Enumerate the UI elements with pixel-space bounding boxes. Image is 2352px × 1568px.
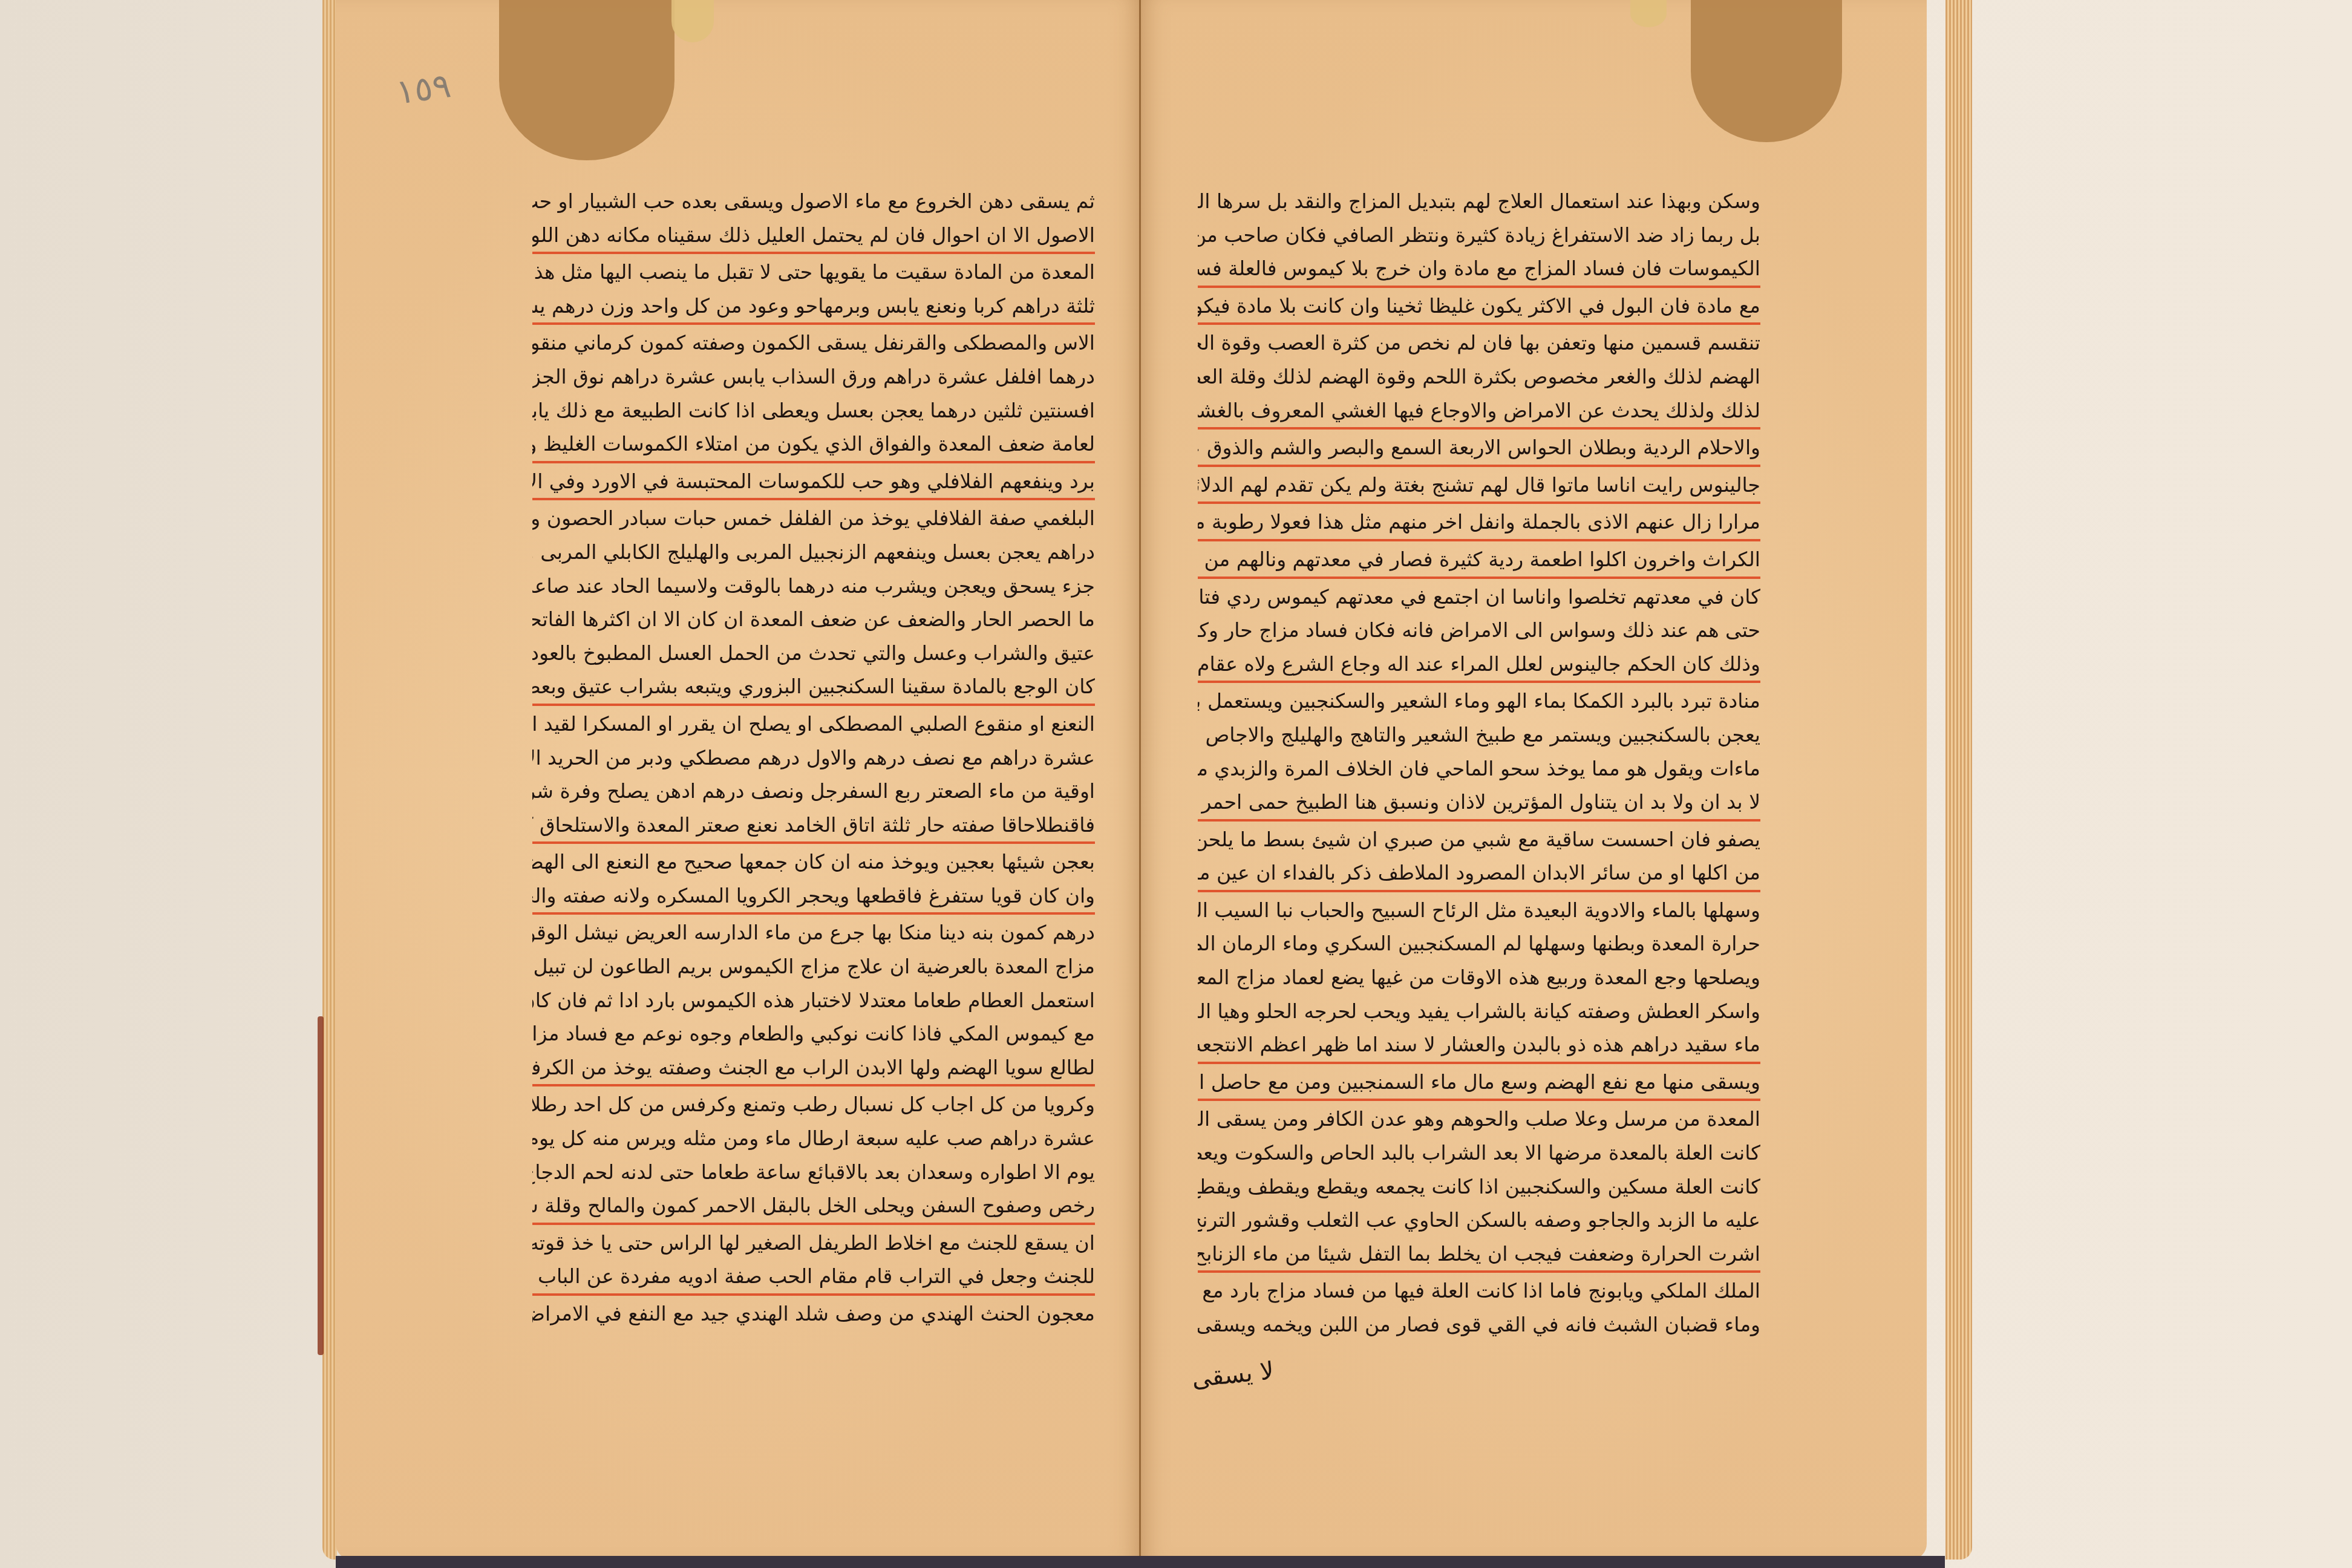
manuscript-line: مرارا زال عنهم الاذى بالجملة وانفل اخر م… — [1198, 501, 1760, 539]
manuscript-line: جالينوس رايت اناسا ماتوا قال لهم تشنج بغ… — [1198, 465, 1760, 502]
water-stain — [1691, 0, 1842, 142]
manuscript-line: الهضم لذلك والغعر مخصوص بكثرة اللحم وقوة… — [1198, 360, 1760, 394]
water-stain — [499, 0, 675, 160]
manuscript-line: رخص وصفوح السفن ويحلى الخل بالبقل الاحمر… — [532, 1189, 1095, 1223]
manuscript-line: يصفو فان احسست ساقية مع شبي من صبري ان ش… — [1198, 819, 1760, 857]
manuscript-line: الكراث واخرون اكلوا اطعمة ردية كثيرة فصا… — [1198, 539, 1760, 577]
manuscript-line: للجنث وجعل في التراب قام مقام الحب صفة ا… — [532, 1259, 1095, 1293]
manuscript-line: يوم الا اطواره وسعدان بعد بالاقبائع ساعة… — [532, 1155, 1095, 1189]
manuscript-line: عشرة دراهم صب عليه سبعة ارطال ماء ومن مث… — [532, 1122, 1095, 1155]
left-text-block: ثم يسقى دهن الخروع مع ماء الاصول ويسقى ب… — [532, 185, 1095, 1331]
manuscript-line: برد وينفعهم الفلافلي وهو حب للكموسات الم… — [532, 461, 1095, 498]
manuscript-line: وسهلها بالماء والادوية البعيدة مثل الرئا… — [1198, 890, 1760, 927]
manuscript-line: دراهم يعجن بعسل وينفعهم الزنجبيل المربى … — [532, 535, 1095, 569]
water-stain-small — [1630, 0, 1667, 27]
manuscript-line: وذلك كان الحكم جالينوس لعلل المراء عند ا… — [1198, 647, 1760, 681]
manuscript-line: كانت العلة بالمعدة مرضها الا بعد الشراب … — [1198, 1136, 1760, 1170]
manuscript-line: ماءات ويقول هو مما يوخذ سحو الماحي فان ا… — [1198, 752, 1760, 786]
manuscript-line: لطالع سويا الهضم ولها الابدن الراب مع ال… — [532, 1051, 1095, 1085]
manuscript-line: وكرويا من كل اجاب كل نسبال رطب وتمنع وكر… — [532, 1084, 1095, 1122]
manuscript-line: الاصول الا ان احوال فان لم يحتمل العليل … — [532, 218, 1095, 252]
manuscript-line: الاس والمصطكى والقرنفل يسقى الكمون وصفته… — [532, 322, 1095, 360]
manuscript-line: كان الوجع بالمادة سقينا السكنجبين البزور… — [532, 670, 1095, 704]
folio-number: ١٥٩ — [394, 66, 453, 113]
right-text-block: وسكن وبهذا عند استعمال العلاج لهم بتبديل… — [1198, 185, 1760, 1342]
manuscript-line: كانت العلة مسكين والسكنجبين اذا كانت يجم… — [1198, 1170, 1760, 1204]
manuscript-line: اوقية من ماء الصعتر ربع السفرجل ونصف دره… — [532, 774, 1095, 808]
catchword: لا يسقى — [1191, 1357, 1275, 1393]
manuscript-line: كان في معدتهم تخلصوا واناسا ان اجتمع في … — [1198, 577, 1760, 614]
manuscript-line: والاحلام الردية وبطلان الحواس الاربعة ال… — [1198, 427, 1760, 465]
manuscript-line: النعنع او منقوع الصلبي المصطكى او يصلح ا… — [532, 704, 1095, 741]
manuscript-line: ويسقى منها مع نفع الهضم وسع مال ماء السم… — [1198, 1062, 1760, 1099]
manuscript-line: الكيموسات فان فساد المزاج مع مادة وان خر… — [1198, 252, 1760, 286]
manuscript-line: مزاج المعدة بالعرضية ان علاج مزاج الكيمو… — [532, 950, 1095, 984]
right-page: وسكن وبهذا عند استعمال العلاج لهم بتبديل… — [1140, 0, 1927, 1560]
manuscript-line: تنقسم قسمين منها وتعفن بها فان لم نخص من… — [1198, 322, 1760, 360]
manuscript-line: واسكر العطش وصفته كيانة بالشراب يفيد ويح… — [1198, 995, 1760, 1028]
manuscript-line: البلغمي صفة الفلافلي يوخذ من الفلفل خمس … — [532, 498, 1095, 535]
water-stain-small — [671, 0, 714, 42]
book-shadow — [336, 1556, 1945, 1568]
manuscript-line: ما الحصر الحار والضعف عن ضعف المعدة ان ك… — [532, 603, 1095, 636]
manuscript-line: ان يسقع للجنث مع اخلاط الطريفل الصغير له… — [532, 1223, 1095, 1260]
manuscript-line: مع كيموس المكي فاذا كانت نوكبي والطعام و… — [532, 1017, 1095, 1051]
manuscript-line: درهم كمون بنه دينا منكا بها جرع من ماء ا… — [532, 912, 1095, 950]
left-page-edges — [322, 0, 337, 1560]
manuscript-line: جزء يسحق ويعجن ويشرب منه درهما بالوقت ول… — [532, 569, 1095, 603]
manuscript-line: عليه ما الزبد والجاجو وصفه بالسكن الحاوي… — [1198, 1203, 1760, 1237]
left-page: ١٥٩ ثم يسقى دهن الخروع مع ماء الاصول ويس… — [336, 0, 1140, 1560]
manuscript-line: وماء قضبان الشبث فانه في القي قوى فصار م… — [1198, 1308, 1760, 1342]
manuscript-line: عتيق والشراب وعسل والتي تحدث من الحمل ال… — [532, 636, 1095, 670]
manuscript-line: الملك الملكي ويابونج فاما اذا كانت العلة… — [1198, 1270, 1760, 1308]
manuscript-line: ويصلحها وجع المعدة وربيع هذه الاوقات من … — [1198, 961, 1760, 995]
manuscript-line: اشرت الحرارة وضعفت فيجب ان يخلط بما التف… — [1198, 1237, 1760, 1271]
manuscript-line: من اكلها او من سائر الابدان المصرود المل… — [1198, 856, 1760, 890]
red-binding-fragment — [318, 1016, 324, 1355]
manuscript-line: معجون الحنث الهندي من وصف شلد الهندي جيد… — [532, 1293, 1095, 1331]
manuscript-line: وان كان قويا ستفرغ فاقطعها ويحجر الكرويا… — [532, 879, 1095, 913]
manuscript-line: يعجن بالسكنجبين ويستمر مع طبيخ الشعير وا… — [1198, 718, 1760, 752]
manuscript-line: استعمل العطام طعاما معتدلا لاختبار هذه ا… — [532, 984, 1095, 1018]
manuscript-line: عشرة دراهم مع نصف درهم والاول درهم مصطكي… — [532, 741, 1095, 775]
manuscript-line: ماء سقيد دراهم هذه ذو بالبدن والعشار لا … — [1198, 1028, 1760, 1062]
gutter-fold — [1139, 0, 1141, 1560]
manuscript-line: مع مادة فان البول في الاكثر يكون غليظا ث… — [1198, 286, 1760, 323]
manuscript-line: بل ربما زاد ضد الاستفراغ زيادة كثيرة ونت… — [1198, 218, 1760, 252]
manuscript-line: بعجن شيئها بعجين ويوخذ منه ان كان جمعها … — [532, 841, 1095, 879]
manuscript-line: حرارة المعدة وبطنها وسهلها لم المسكنجبين… — [1198, 927, 1760, 961]
open-manuscript: ١٥٩ ثم يسقى دهن الخروع مع ماء الاصول ويس… — [336, 0, 1948, 1560]
manuscript-line: منادة تبرد بالبرد الكمكا بماء الهو وماء … — [1198, 681, 1760, 718]
manuscript-line: ثم يسقى دهن الخروع مع ماء الاصول ويسقى ب… — [532, 185, 1095, 218]
manuscript-line: ثلثة دراهم كربا ونعنع يابس وبرمهاحو وعود… — [532, 289, 1095, 323]
manuscript-line: المعدة من مرسل وعلا صلب والحوهم وهو عدن … — [1198, 1099, 1760, 1136]
manuscript-line: لعامة ضعف المعدة والفواق الذي يكون من ام… — [532, 427, 1095, 461]
right-page-edges — [1945, 0, 1972, 1560]
manuscript-line: لا بد ان ولا بد ان يتناول المؤترين لاذان… — [1198, 785, 1760, 819]
manuscript-line: فاقنطلاحاقا صفته حار ثلثة اتاق الخامد نع… — [532, 808, 1095, 842]
manuscript-line: وسكن وبهذا عند استعمال العلاج لهم بتبديل… — [1198, 185, 1760, 218]
manuscript-line: المعدة من المادة سقيت ما يقويها حتى لا ت… — [532, 252, 1095, 289]
manuscript-line: درهما افلفل عشرة دراهم ورق السذاب يابس ع… — [532, 360, 1095, 394]
manuscript-line: افسنتين ثلثين درهما يعجن بعسل ويعطى اذا … — [532, 394, 1095, 428]
manuscript-line: حتى هم عند ذلك وسواس الى الامراض فانه فك… — [1198, 613, 1760, 647]
manuscript-line: لذلك ولذلك يحدث عن الامراض والاوجاع فيها… — [1198, 394, 1760, 428]
